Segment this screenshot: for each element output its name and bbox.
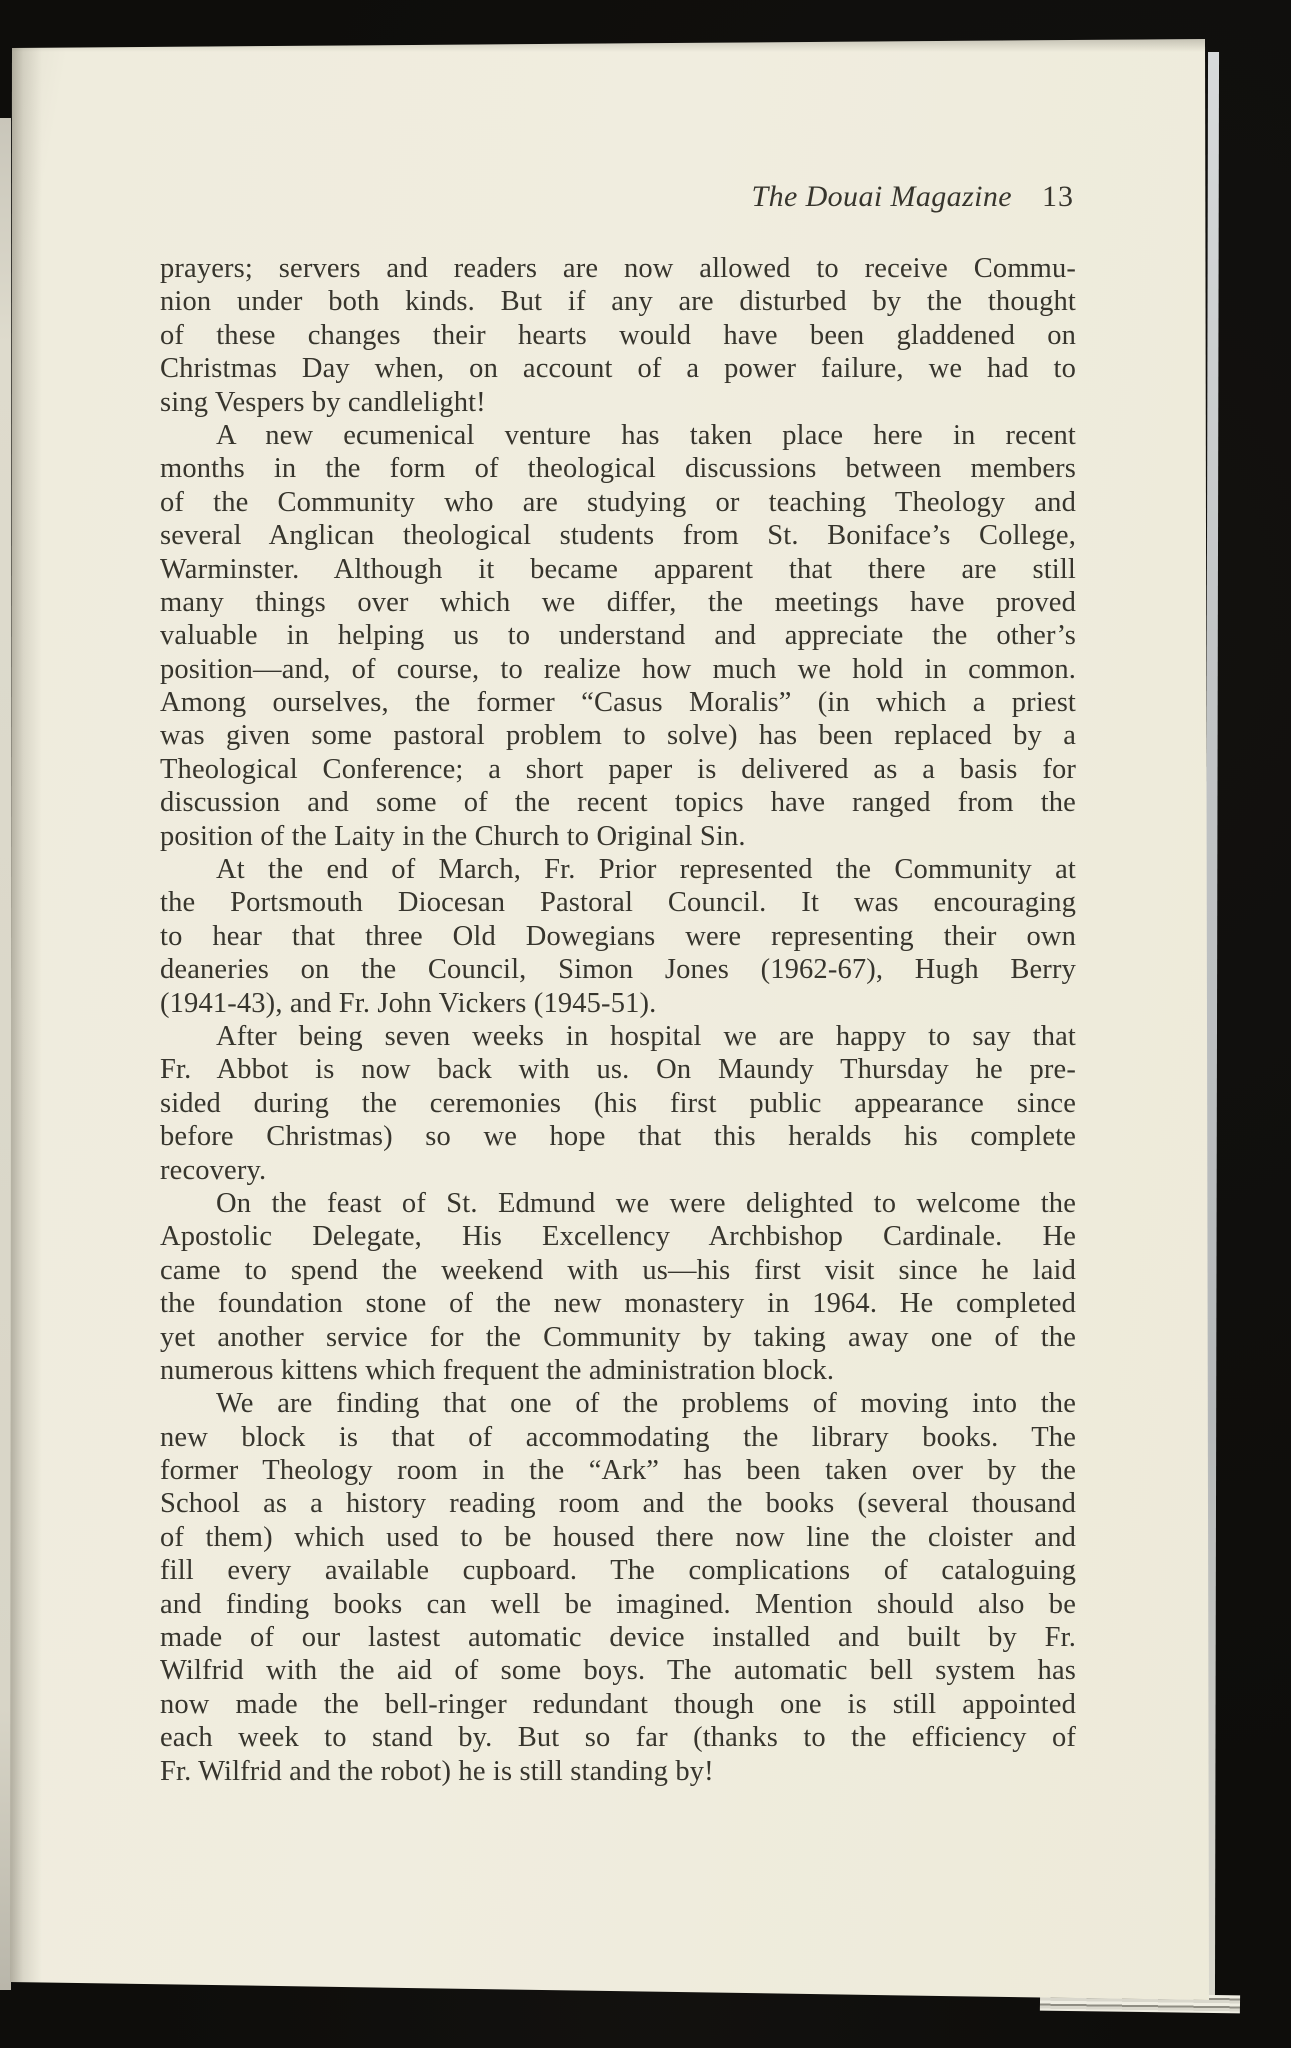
- text-line: Fr. Wilfrid and the robot) he is still s…: [160, 1755, 1076, 1788]
- text-line: After being seven weeks in hospital we a…: [160, 1020, 1076, 1053]
- text-line: made of our lastest automatic device ins…: [160, 1621, 1076, 1654]
- body-text: prayers; servers and readers are now all…: [160, 252, 1076, 1788]
- page-number: 13: [1042, 180, 1074, 213]
- text-line: We are finding that one of the problems …: [160, 1387, 1076, 1420]
- text-line: to hear that three Old Dowegians were re…: [160, 920, 1076, 953]
- text-line: new block is that of accommodating the l…: [160, 1421, 1076, 1454]
- text-line: Among ourselves, the former “Casus Moral…: [160, 686, 1076, 719]
- text-line: several Anglican theological students fr…: [160, 519, 1076, 552]
- text-line: the foundation stone of the new monaster…: [160, 1287, 1076, 1320]
- text-line: nion under both kinds. But if any are di…: [160, 285, 1076, 318]
- text-line: position of the Laity in the Church to O…: [160, 820, 1076, 853]
- text-line: and finding books can well be imagined. …: [160, 1588, 1076, 1621]
- text-line: At the end of March, Fr. Prior represent…: [160, 853, 1076, 886]
- magazine-title: The Douai Magazine: [751, 180, 1012, 213]
- text-line: Christmas Day when, on account of a powe…: [160, 352, 1076, 385]
- paragraph: prayers; servers and readers are now all…: [160, 252, 1076, 419]
- text-line: School as a history reading room and the…: [160, 1487, 1076, 1520]
- text-line: of the Community who are studying or tea…: [160, 486, 1076, 519]
- text-line: each week to stand by. But so far (thank…: [160, 1721, 1076, 1754]
- book-page: The Douai Magazine13 prayers; servers an…: [8, 38, 1211, 2008]
- text-line: Wilfrid with the aid of some boys. The a…: [160, 1654, 1076, 1687]
- paragraph: On the feast of St. Edmund we were delig…: [160, 1187, 1076, 1387]
- paragraph: At the end of March, Fr. Prior represent…: [160, 853, 1076, 1020]
- text-line: came to spend the weekend with us—his fi…: [160, 1254, 1076, 1287]
- text-line: months in the form of theological discus…: [160, 452, 1076, 485]
- text-line: prayers; servers and readers are now all…: [160, 252, 1076, 285]
- text-line: fill every available cupboard. The compl…: [160, 1554, 1076, 1587]
- text-line: On the feast of St. Edmund we were delig…: [160, 1187, 1076, 1220]
- text-line: yet another service for the Community by…: [160, 1321, 1076, 1354]
- text-line: position—and, of course, to realize how …: [160, 653, 1076, 686]
- text-line: Theological Conference; a short paper is…: [160, 753, 1076, 786]
- text-line: recovery.: [160, 1154, 1076, 1187]
- text-line: the Portsmouth Diocesan Pastoral Council…: [160, 886, 1076, 919]
- text-line: (1941-43), and Fr. John Vickers (1945-51…: [160, 987, 1076, 1020]
- text-line: of them) which used to be housed there n…: [160, 1521, 1076, 1554]
- text-line: A new ecumenical venture has taken place…: [160, 419, 1076, 452]
- text-line: now made the bell-ringer redundant thoug…: [160, 1688, 1076, 1721]
- text-line: sing Vespers by candlelight!: [160, 386, 1076, 419]
- running-head: The Douai Magazine13: [8, 180, 1074, 214]
- text-line: Fr. Abbot is now back with us. On Maundy…: [160, 1053, 1076, 1086]
- text-line: before Christmas) so we hope that this h…: [160, 1120, 1076, 1153]
- text-line: numerous kittens which frequent the admi…: [160, 1354, 1076, 1387]
- paragraph: After being seven weeks in hospital we a…: [160, 1020, 1076, 1187]
- text-line: was given some pastoral problem to solve…: [160, 719, 1076, 752]
- paragraph: We are finding that one of the problems …: [160, 1387, 1076, 1788]
- text-line: sided during the ceremonies (his first p…: [160, 1087, 1076, 1120]
- gutter-shadow: [8, 38, 42, 2008]
- text-line: of these changes their hearts would have…: [160, 319, 1076, 352]
- text-line: former Theology room in the “Ark” has be…: [160, 1454, 1076, 1487]
- text-line: many things over which we differ, the me…: [160, 586, 1076, 619]
- text-line: Apostolic Delegate, His Excellency Archb…: [160, 1220, 1076, 1253]
- text-line: valuable in helping us to understand and…: [160, 619, 1076, 652]
- text-line: deaneries on the Council, Simon Jones (1…: [160, 953, 1076, 986]
- paragraph: A new ecumenical venture has taken place…: [160, 419, 1076, 853]
- page-top-shadow: [8, 38, 1211, 52]
- left-page-edge: [0, 118, 11, 1990]
- text-line: Warminster. Although it became apparent …: [160, 553, 1076, 586]
- text-line: discussion and some of the recent topics…: [160, 786, 1076, 819]
